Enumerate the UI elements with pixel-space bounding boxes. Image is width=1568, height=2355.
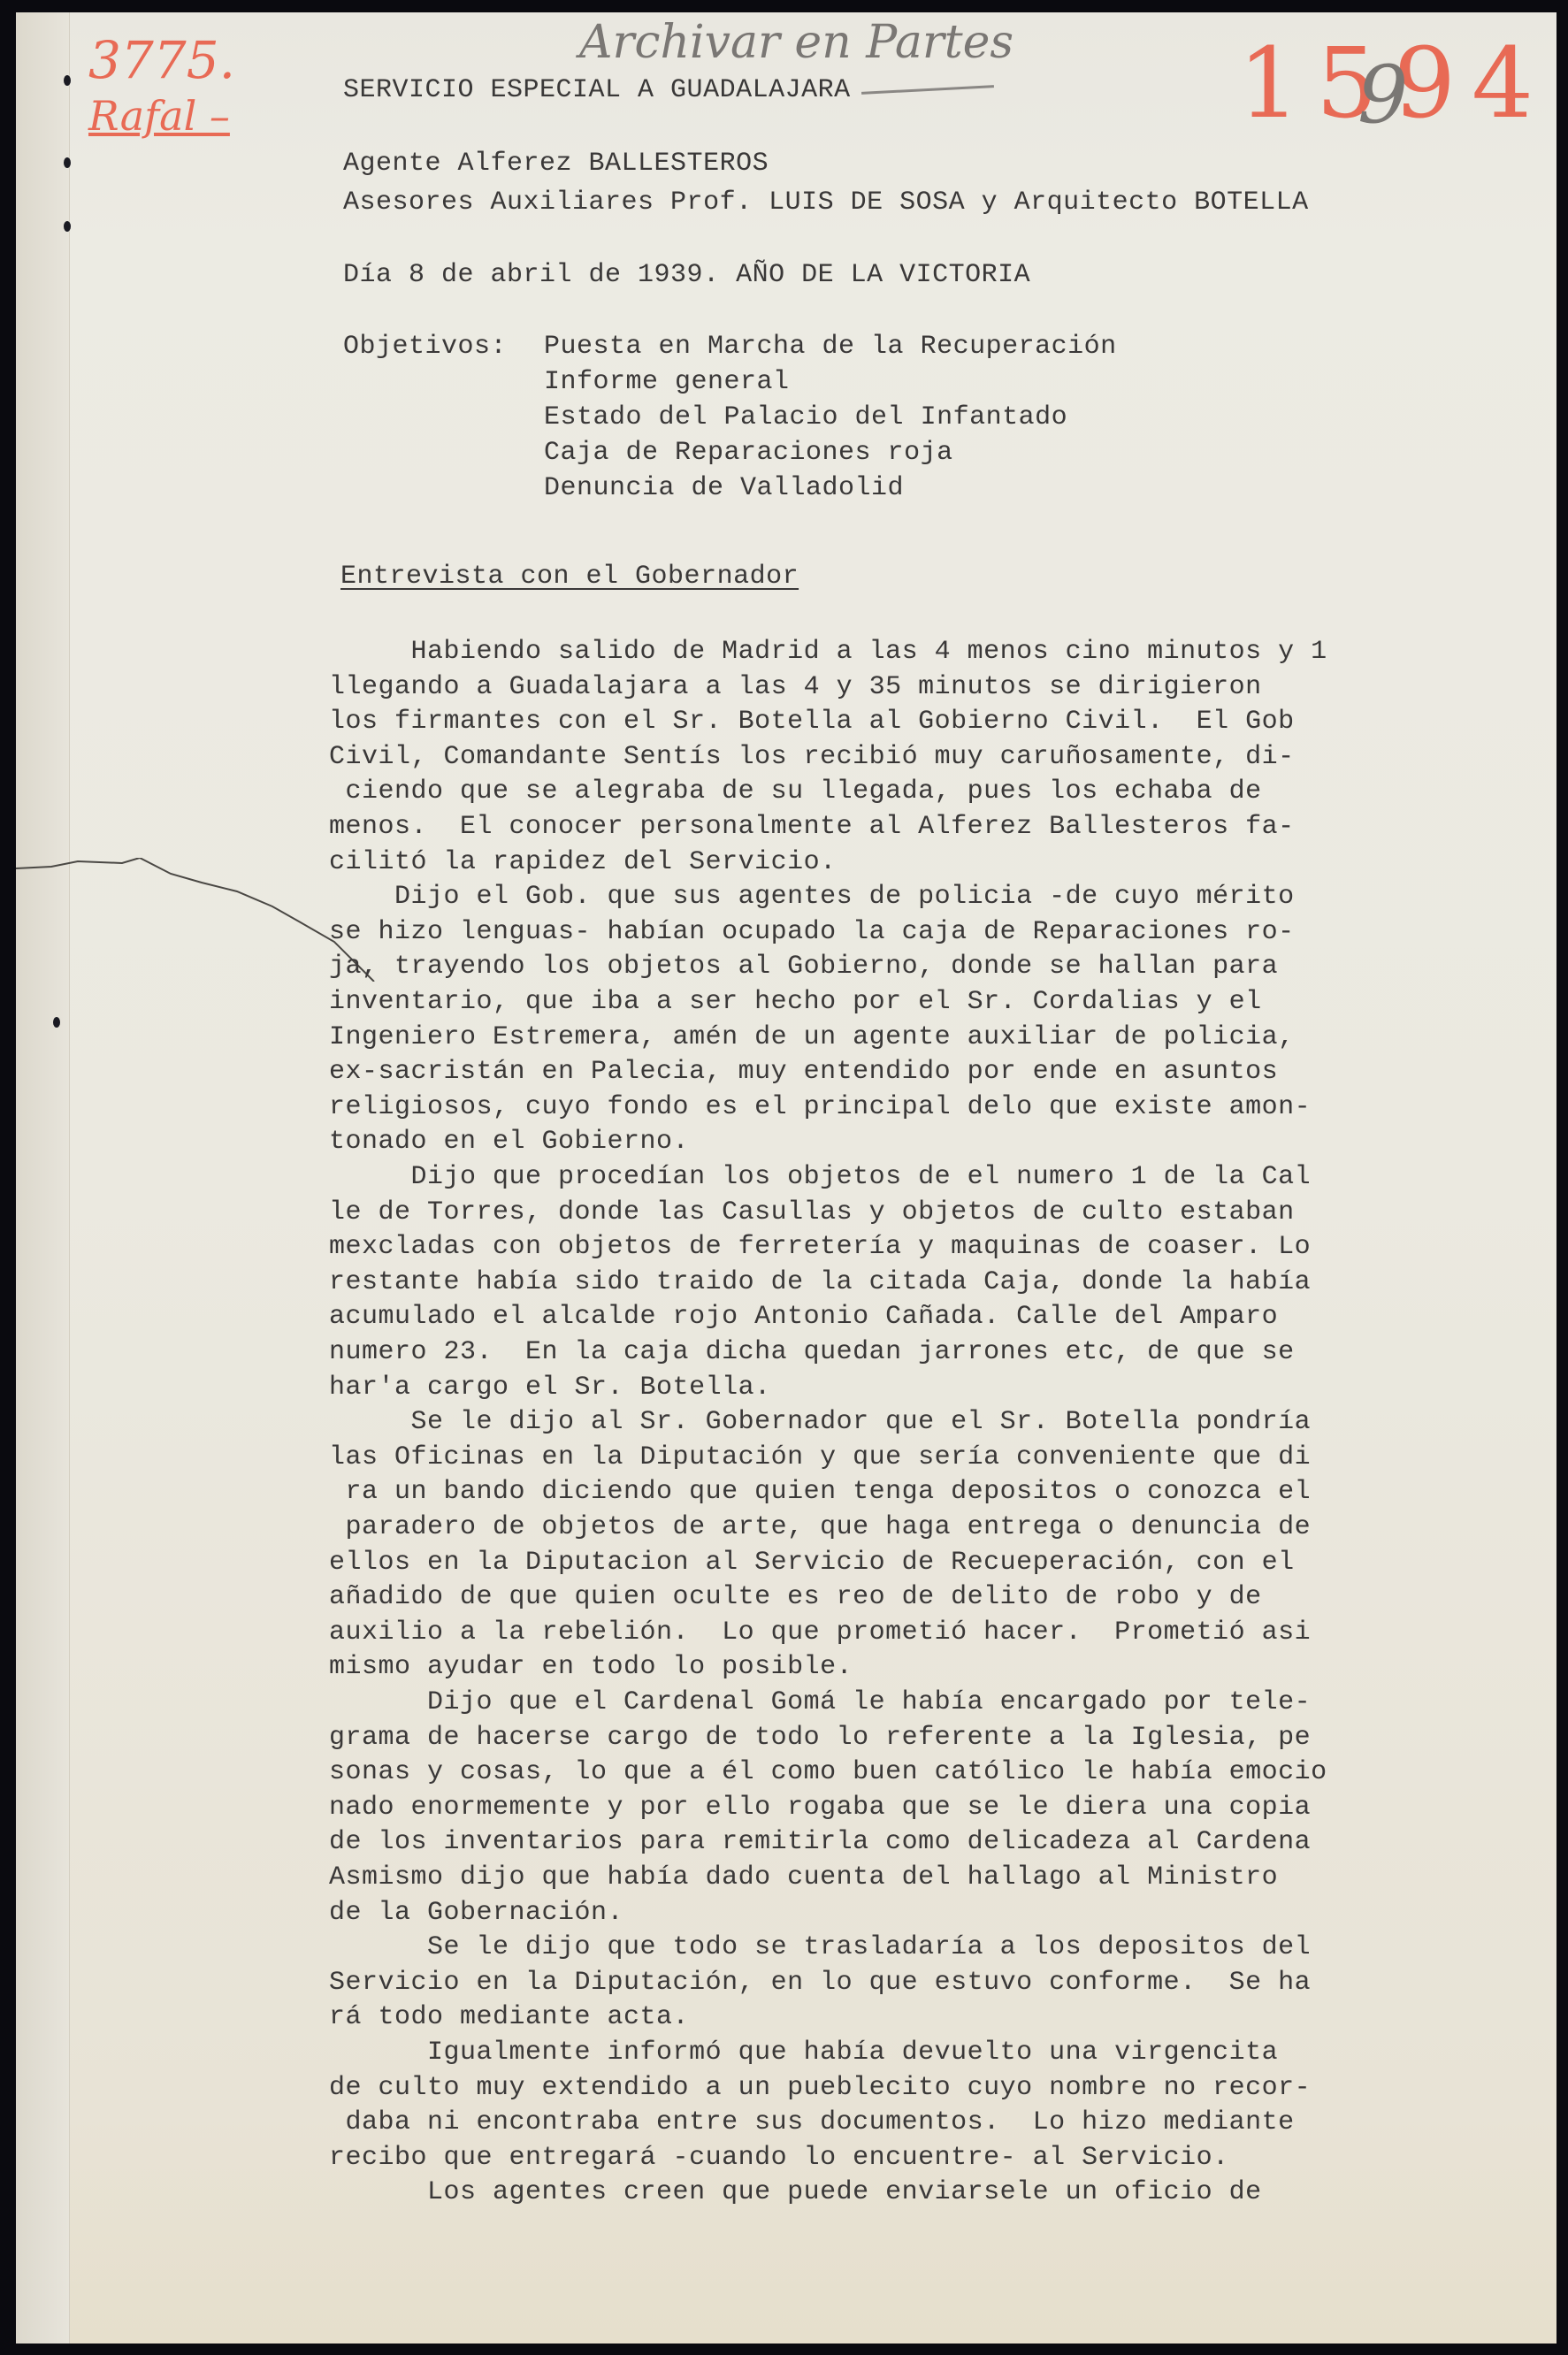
body-line: mexcladas con objetos de ferretería y ma…: [329, 1232, 1311, 1262]
body-line: har'a cargo el Sr. Botella.: [329, 1372, 771, 1403]
objectives-label: Objetivos:: [343, 332, 507, 362]
body-line: los firmantes con el Sr. Botella al Gobi…: [329, 707, 1295, 737]
body-line: ja, trayendo los objetos al Gobierno, do…: [329, 952, 1278, 982]
body-line: Dijo que procedían los objetos de el num…: [329, 1162, 1311, 1192]
body-line: añadido de que quien oculte es reo de de…: [329, 1582, 1262, 1612]
body-line: sonas y cosas, lo que a él como buen cat…: [329, 1757, 1327, 1787]
document-title: SERVICIO ESPECIAL A GUADALAJARA: [343, 75, 994, 105]
body-line: Servicio en la Diputación, en lo que est…: [329, 1968, 1311, 1998]
body-line: ra un bando diciendo que quien tenga dep…: [329, 1477, 1311, 1507]
body-line: auxilio a la rebelión. Lo que prometió h…: [329, 1617, 1311, 1648]
punch-hole: [64, 157, 71, 168]
body-line: acumulado el alcalde rojo Antonio Cañada…: [329, 1302, 1278, 1332]
body-line: grama de hacerse cargo de todo lo refere…: [329, 1723, 1311, 1753]
body-line: las Oficinas en la Diputación y que serí…: [329, 1442, 1311, 1472]
objective-item: Informe general: [544, 367, 790, 397]
body-line: tonado en el Gobierno.: [329, 1127, 689, 1157]
body-line: Dijo el Gob. que sus agentes de policia …: [329, 882, 1295, 912]
objective-item: Denuncia de Valladolid: [544, 473, 904, 503]
punch-hole: [53, 1017, 60, 1028]
body-line: daba ni encontraba entre sus documentos.…: [329, 2107, 1295, 2137]
advisors-line: Asesores Auxiliares Prof. LUIS DE SOSA y…: [343, 187, 1309, 218]
body-line: de culto muy extendido a un pueblecito c…: [329, 2073, 1311, 2103]
folio-correction-annotation: 9: [1358, 49, 1408, 141]
punch-hole: [64, 221, 71, 232]
body-line: menos. El conocer personalmente al Alfer…: [329, 812, 1295, 842]
archive-instruction-annotation: Archivar en Partes: [579, 16, 1013, 69]
body-line: nado enormemente y por ello rogaba que s…: [329, 1793, 1311, 1823]
body-line: restante había sido traido de la citada …: [329, 1267, 1311, 1297]
body-line: de los inventarios para remitirla como d…: [329, 1827, 1311, 1857]
name-annotation: Rafal –: [88, 92, 230, 140]
paper-folded-edge: [16, 12, 70, 2344]
body-line: ex-sacristán en Palecia, muy entendido p…: [329, 1057, 1278, 1087]
objective-item: Caja de Reparaciones roja: [544, 438, 953, 468]
body-line: Se le dijo al Sr. Gobernador que el Sr. …: [329, 1407, 1311, 1437]
body-line: Civil, Comandante Sentís los recibió muy…: [329, 742, 1295, 772]
objective-item: Puesta en Marcha de la Recuperación: [544, 332, 1117, 362]
body-line: ellos en la Diputacion al Servicio de Re…: [329, 1548, 1295, 1578]
body-line: religiosos, cuyo fondo es el principal d…: [329, 1092, 1311, 1122]
agent-line: Agente Alferez BALLESTEROS: [343, 149, 769, 179]
date-line: Día 8 de abril de 1939. AÑO DE LA VICTOR…: [343, 260, 1030, 290]
body-line: Los agentes creen que puede enviarsele u…: [329, 2177, 1262, 2207]
body-line: numero 23. En la caja dicha quedan jarro…: [329, 1337, 1295, 1367]
body-line: de la Gobernación.: [329, 1898, 623, 1928]
punch-hole: [64, 75, 71, 86]
body-line: Habiendo salido de Madrid a las 4 menos …: [329, 637, 1327, 667]
body-line: Ingeniero Estremera, amén de un agente a…: [329, 1022, 1295, 1052]
body-line: Igualmente informó que había devuelto un…: [329, 2038, 1278, 2068]
section-heading: Entrevista con el Gobernador: [340, 562, 799, 592]
archive-number-annotation: 3775.: [88, 30, 235, 90]
body-line: ciendo que se alegraba de su llegada, pu…: [329, 776, 1262, 807]
body-line: le de Torres, donde las Casullas y objet…: [329, 1197, 1295, 1227]
body-line: inventario, que iba a ser hecho por el S…: [329, 987, 1262, 1017]
body-line: Dijo que el Cardenal Gomá le había encar…: [329, 1687, 1311, 1717]
body-line: mismo ayudar en todo lo posible.: [329, 1652, 853, 1682]
body-line: paradero de objetos de arte, que haga en…: [329, 1512, 1311, 1542]
body-line: Asmismo dijo que había dado cuenta del h…: [329, 1862, 1278, 1892]
body-line: Se le dijo que todo se trasladaría a los…: [329, 1932, 1311, 1962]
body-line: se hizo lenguas- habían ocupado la caja …: [329, 917, 1295, 947]
body-line: llegando a Guadalajara a las 4 y 35 minu…: [329, 672, 1262, 702]
body-line: rá todo mediante acta.: [329, 2002, 689, 2032]
objective-item: Estado del Palacio del Infantado: [544, 402, 1067, 432]
body-line: cilitó la rapidez del Servicio.: [329, 847, 837, 877]
body-line: recibo que entregará -cuando lo encuentr…: [329, 2143, 1229, 2173]
